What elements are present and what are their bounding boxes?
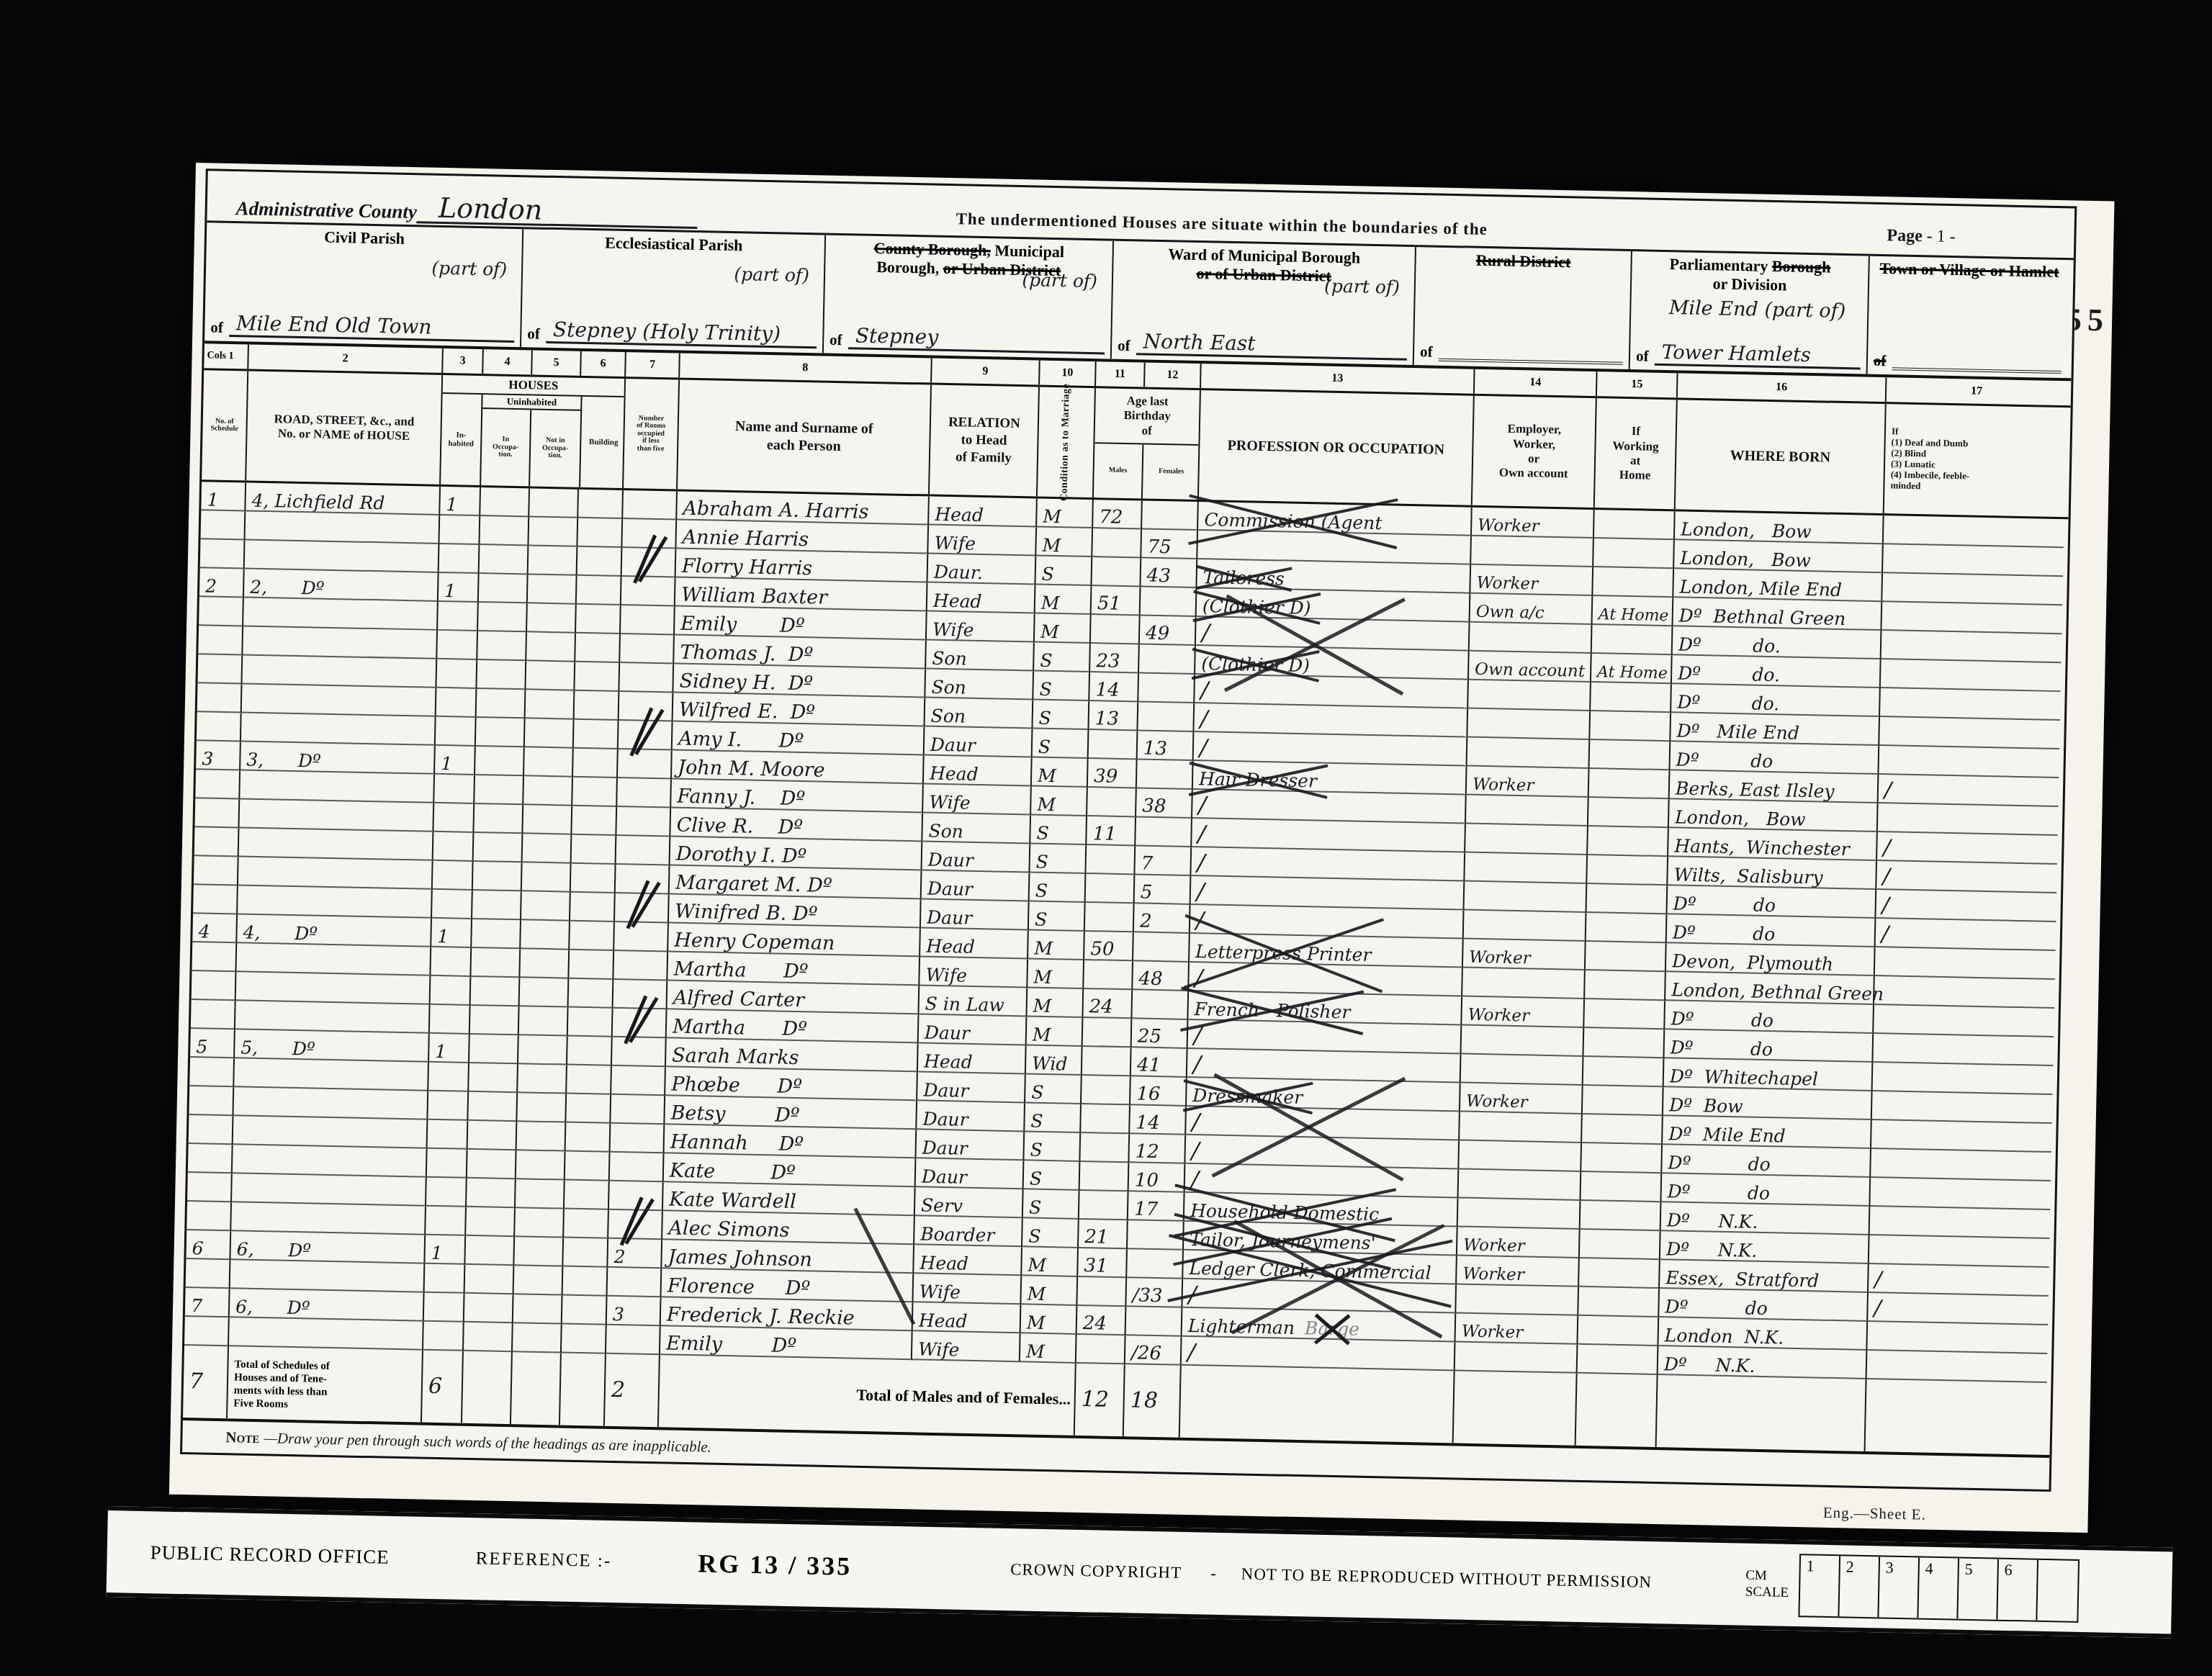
schedule-number bbox=[195, 770, 240, 799]
age-male bbox=[1079, 1191, 1129, 1220]
relation: Daur bbox=[922, 870, 1030, 901]
inhabited: 1 bbox=[439, 573, 480, 603]
borough-annotation: (part of) bbox=[1022, 269, 1097, 292]
rooms bbox=[610, 1153, 665, 1182]
uninhabited-in-occupation bbox=[471, 977, 521, 1006]
of-label: of bbox=[1874, 352, 1887, 370]
schedule-number bbox=[199, 597, 244, 626]
building bbox=[577, 576, 622, 605]
schedule-number bbox=[192, 942, 237, 972]
borough-value: Stepney bbox=[848, 325, 1105, 354]
age-male bbox=[1086, 874, 1136, 904]
in-occupation-header: In Occupa- tion. bbox=[493, 436, 519, 459]
rooms bbox=[614, 922, 669, 952]
age-female bbox=[1136, 817, 1192, 847]
cm-scale-label: CM SCALE bbox=[1745, 1568, 1789, 1602]
census-page: 55 Eng.—Sheet E. Administrative County L… bbox=[169, 163, 2115, 1533]
condition: M bbox=[1035, 614, 1092, 644]
cm-scale-tick: 1 bbox=[1799, 1555, 1840, 1616]
col-number: 9 bbox=[932, 359, 1040, 385]
inhabited bbox=[437, 631, 478, 660]
age-male bbox=[1082, 1076, 1131, 1105]
person-name: Emily Dº bbox=[660, 1326, 913, 1360]
building bbox=[575, 662, 620, 692]
schedule-number bbox=[200, 539, 246, 569]
uninhabited-not-in-occupation bbox=[525, 718, 575, 748]
rooms bbox=[621, 577, 676, 606]
schedule-number bbox=[184, 1317, 230, 1346]
age-male: 13 bbox=[1089, 701, 1138, 731]
condition: M bbox=[1020, 1333, 1077, 1364]
employer bbox=[1471, 536, 1594, 567]
inhabited: 1 bbox=[435, 746, 476, 775]
uninhabited-not-in-occupation bbox=[526, 632, 576, 662]
at-home bbox=[1585, 970, 1666, 1001]
rooms bbox=[611, 1095, 665, 1125]
age-male bbox=[1087, 788, 1137, 817]
employer: Worker bbox=[1457, 1227, 1581, 1258]
condition: S bbox=[1030, 815, 1087, 845]
rooms-header: Number of Rooms occupied if less than fi… bbox=[636, 415, 665, 453]
totals-empty bbox=[1657, 1375, 1867, 1451]
infirmity bbox=[1871, 1120, 2052, 1153]
infirmity bbox=[1879, 717, 2060, 749]
uninhabited-not-in-occupation bbox=[527, 603, 577, 633]
totals-empty bbox=[1866, 1379, 2047, 1455]
employer bbox=[1462, 968, 1586, 999]
uninhabited-not-in-occupation bbox=[521, 920, 570, 950]
at-home bbox=[1583, 1057, 1665, 1087]
employer bbox=[1470, 623, 1593, 654]
infirmity bbox=[1870, 1178, 2051, 1210]
schedule-number bbox=[188, 1144, 233, 1173]
schedule-header: No. of Schedule bbox=[210, 418, 238, 433]
rooms bbox=[613, 1009, 667, 1038]
employer bbox=[1465, 824, 1588, 855]
age-male bbox=[1076, 1335, 1126, 1364]
building bbox=[576, 605, 621, 634]
employer bbox=[1465, 853, 1588, 884]
road-name bbox=[230, 1260, 426, 1292]
schedule-number bbox=[194, 798, 240, 828]
uninhabited-in-occupation bbox=[467, 1150, 517, 1179]
age-female: 7 bbox=[1135, 846, 1192, 876]
age-female: 43 bbox=[1141, 558, 1197, 588]
relation: Wife bbox=[912, 1331, 1021, 1362]
ward-box: Ward of Municipal Borough or of Urban Di… bbox=[1112, 241, 1416, 365]
uninhabited-in-occupation bbox=[473, 862, 523, 891]
rooms bbox=[613, 951, 668, 981]
building bbox=[567, 1065, 612, 1095]
where-born: Hants, Winchester bbox=[1668, 828, 1878, 861]
condition: S bbox=[1024, 1132, 1081, 1162]
relation: Head bbox=[914, 1245, 1022, 1276]
building bbox=[572, 835, 617, 865]
where-born: Dº do bbox=[1665, 1001, 1874, 1034]
profession-header: PROFESSION OR OCCUPATION bbox=[1227, 436, 1444, 459]
person-name: Florence Dº bbox=[661, 1269, 914, 1302]
col-number: 7 bbox=[626, 352, 680, 377]
schedule-number bbox=[194, 827, 240, 857]
road-name bbox=[239, 799, 434, 832]
road-header: ROAD, STREET, &c., and No. or NAME of HO… bbox=[274, 412, 415, 444]
where-born: Dº N.K. bbox=[1658, 1346, 1868, 1379]
age-male bbox=[1080, 1162, 1130, 1191]
age-male: 14 bbox=[1089, 672, 1139, 702]
age-female bbox=[1138, 702, 1195, 732]
at-home bbox=[1578, 1345, 1659, 1375]
uninhabited-not-in-occupation bbox=[518, 1035, 568, 1065]
rooms bbox=[623, 490, 678, 520]
rooms bbox=[612, 1037, 667, 1067]
condition: M bbox=[1021, 1305, 1078, 1335]
cm-scale-tick: 4 bbox=[1918, 1558, 1959, 1619]
relation: Son bbox=[926, 641, 1035, 672]
at-home bbox=[1578, 1316, 1659, 1346]
age-female: 5 bbox=[1135, 875, 1192, 905]
infirmity: / bbox=[1869, 1264, 2049, 1297]
page-number-value: - 1 - bbox=[1926, 227, 1955, 246]
person-name: Florry Harris bbox=[676, 549, 929, 583]
person-name: Alfred Carter bbox=[667, 981, 920, 1014]
relation: Daur bbox=[917, 1101, 1025, 1132]
age-male: 21 bbox=[1079, 1220, 1128, 1249]
schedule-number bbox=[186, 1202, 232, 1231]
where-born: Dº do. bbox=[1673, 626, 1882, 659]
parliamentary-value1: Mile End (part of) bbox=[1669, 297, 1846, 323]
infirmity bbox=[1873, 1034, 2054, 1066]
employer bbox=[1468, 680, 1591, 711]
schedule-number bbox=[194, 856, 239, 886]
at-home: At Home bbox=[1593, 596, 1674, 626]
building bbox=[567, 1037, 613, 1066]
totals-rooms: 2 bbox=[605, 1354, 660, 1427]
infirmity: / bbox=[1876, 861, 2057, 893]
where-born: Devon, Plymouth bbox=[1666, 943, 1876, 976]
inhabited bbox=[428, 1091, 469, 1121]
employer: Worker bbox=[1472, 508, 1595, 539]
person-name: Alec Simons bbox=[662, 1211, 915, 1245]
person-name: Clive R. Dº bbox=[670, 808, 923, 842]
age-female bbox=[1139, 644, 1196, 675]
uninhabited-not-in-occupation bbox=[523, 834, 572, 863]
inhabited bbox=[434, 775, 475, 804]
age-female: 25 bbox=[1132, 1019, 1189, 1049]
col-number: 12 bbox=[1145, 363, 1202, 389]
at-home bbox=[1583, 1086, 1664, 1116]
employer: Worker bbox=[1455, 1313, 1578, 1344]
where-born: Dº do bbox=[1670, 742, 1879, 775]
person-name: Martha Dº bbox=[667, 1009, 920, 1043]
at-home bbox=[1579, 1258, 1660, 1289]
schedule-number: 1 bbox=[201, 482, 246, 511]
age-male bbox=[1092, 528, 1142, 558]
employer bbox=[1461, 1055, 1584, 1086]
employer bbox=[1456, 1284, 1579, 1315]
road-name bbox=[233, 1116, 428, 1148]
infirmity: / bbox=[1876, 890, 2056, 922]
at-home bbox=[1588, 826, 1669, 857]
uninhabited-in-occupation bbox=[475, 747, 525, 776]
at-home bbox=[1586, 942, 1667, 972]
uninhabited-not-in-occupation bbox=[513, 1323, 562, 1353]
age-female: 12 bbox=[1129, 1134, 1186, 1164]
totals-schedule: 7 bbox=[183, 1346, 229, 1418]
building-header: Building bbox=[589, 438, 619, 447]
person-name: Sidney H. Dº bbox=[673, 664, 926, 698]
building bbox=[573, 749, 619, 778]
relation: Son bbox=[925, 669, 1034, 700]
person-name: Hannah Dº bbox=[665, 1125, 917, 1158]
where-born: London, Bow bbox=[1669, 799, 1879, 832]
employer bbox=[1464, 911, 1587, 942]
uninhabited-not-in-occupation bbox=[520, 949, 570, 978]
rooms bbox=[619, 721, 673, 750]
rooms bbox=[616, 836, 671, 865]
building bbox=[571, 864, 616, 893]
employer: Worker bbox=[1462, 997, 1585, 1028]
age-male bbox=[1077, 1277, 1127, 1307]
schedule-number bbox=[189, 1115, 234, 1145]
age-male: 31 bbox=[1078, 1248, 1128, 1278]
age-female: 49 bbox=[1140, 616, 1197, 646]
totals-inhabited: 6 bbox=[422, 1351, 464, 1423]
relation: Daur bbox=[925, 726, 1033, 757]
inhabited: 1 bbox=[429, 1034, 470, 1063]
where-born: Dº Bethnal Green bbox=[1673, 598, 1882, 631]
inhabited bbox=[433, 803, 475, 833]
where-born: Dº N.K. bbox=[1660, 1231, 1870, 1264]
uninhabited-not-in-occupation bbox=[524, 747, 574, 777]
schedule-number bbox=[201, 510, 246, 540]
infirmity bbox=[1880, 688, 2061, 721]
age-female: /26 bbox=[1125, 1335, 1182, 1366]
parliamentary-label: Parliamentary bbox=[1669, 255, 1768, 275]
cm-scale-tick: 5 bbox=[1958, 1559, 1999, 1620]
uninhabited-not-in-occupation bbox=[517, 1122, 567, 1151]
of-label: of bbox=[527, 325, 540, 343]
where-born: Dº do bbox=[1667, 914, 1876, 947]
borough-struck-label: County Borough, bbox=[873, 239, 991, 259]
borough-label2: Borough, bbox=[876, 258, 939, 277]
employer bbox=[1467, 738, 1591, 769]
building bbox=[577, 547, 623, 577]
infirmity bbox=[1867, 1351, 2048, 1383]
road-name bbox=[233, 1145, 428, 1177]
totals-empty bbox=[1454, 1371, 1578, 1445]
col-number: 6 bbox=[581, 351, 626, 377]
road-name bbox=[238, 886, 433, 918]
infirmity bbox=[1870, 1207, 2051, 1239]
ecclesiastical-parish-title: Ecclesiastical Parish bbox=[529, 232, 819, 256]
where-born: Essex, Stratford bbox=[1660, 1260, 1869, 1293]
person-name: Kate Dº bbox=[664, 1153, 917, 1187]
age-male: 72 bbox=[1093, 500, 1143, 529]
infirmity bbox=[1879, 746, 2059, 778]
borough-label: Municipal bbox=[994, 241, 1064, 261]
road-name bbox=[231, 1202, 426, 1235]
where-born-header: WHERE BORN bbox=[1730, 446, 1830, 467]
relation: Son bbox=[922, 813, 1031, 844]
uninhabited-in-occupation bbox=[480, 516, 529, 546]
admin-county-value: London bbox=[417, 195, 698, 229]
infirmity bbox=[1884, 515, 2064, 548]
where-born: London, Bethnal Green bbox=[1665, 972, 1875, 1005]
uninhabited-in-occupation bbox=[478, 603, 528, 632]
uninhabited-not-in-occupation bbox=[518, 1064, 567, 1094]
infirmity: / bbox=[1879, 775, 2059, 807]
schedule-number: 3 bbox=[196, 741, 241, 770]
inhabited bbox=[438, 602, 479, 631]
employer: Worker bbox=[1470, 565, 1593, 596]
totals-empty bbox=[511, 1352, 562, 1425]
totals-males: 12 bbox=[1075, 1364, 1125, 1436]
inhabited bbox=[439, 544, 480, 574]
road-name: 6, Dº bbox=[230, 1231, 426, 1263]
females-header: Females bbox=[1159, 468, 1184, 476]
condition: S bbox=[1024, 1161, 1081, 1191]
schedule-number bbox=[187, 1173, 233, 1202]
age-male: 51 bbox=[1092, 586, 1141, 616]
census-form: Administrative County London The underme… bbox=[180, 168, 2077, 1492]
uninhabited-in-occupation bbox=[468, 1092, 518, 1122]
where-born: Dº Whitechapel bbox=[1664, 1058, 1874, 1091]
road-name: 4, Lichfield Rd bbox=[246, 482, 441, 515]
working-at-home-header: If Working at Home bbox=[1611, 424, 1659, 484]
condition: M bbox=[1021, 1276, 1078, 1306]
uninhabited-in-occupation bbox=[471, 948, 521, 978]
building bbox=[578, 490, 624, 519]
col-number: 17 bbox=[1887, 377, 2067, 405]
town-village-box: Town or Village or Hamlet of bbox=[1868, 256, 2069, 379]
crown-copyright-label: CROWN COPYRIGHT bbox=[1010, 1560, 1182, 1582]
where-born: Wilts, Salisbury bbox=[1668, 857, 1877, 890]
inhabited bbox=[436, 659, 477, 689]
inhabited bbox=[439, 515, 480, 545]
uninhabited-in-occupation bbox=[465, 1265, 515, 1294]
condition: M bbox=[1032, 757, 1089, 788]
rooms bbox=[615, 893, 670, 923]
age-female: 16 bbox=[1130, 1076, 1187, 1107]
ecclesiastical-parish-box: Ecclesiastical Parish (part of) of Stepn… bbox=[521, 229, 826, 353]
employer bbox=[1458, 1198, 1581, 1229]
age-female: 17 bbox=[1128, 1191, 1185, 1222]
schedule-number: 4 bbox=[192, 914, 238, 943]
at-home bbox=[1581, 1172, 1662, 1202]
age-male bbox=[1089, 730, 1138, 760]
road-name bbox=[238, 857, 433, 889]
relation: Wife bbox=[928, 526, 1037, 557]
infirmity: / bbox=[1877, 832, 2058, 865]
person-name: William Baxter bbox=[675, 577, 928, 611]
cm-scale-tick: 2 bbox=[1839, 1556, 1880, 1617]
road-name: 4, Dº bbox=[237, 914, 432, 947]
rooms bbox=[606, 1325, 661, 1355]
rooms bbox=[619, 663, 674, 693]
condition: S bbox=[1034, 643, 1091, 673]
at-home bbox=[1591, 682, 1672, 713]
uninhabited-not-in-occupation bbox=[515, 1208, 565, 1238]
inhabited bbox=[425, 1264, 466, 1294]
parliamentary-box: Parliamentary Borough or Division Mile E… bbox=[1630, 251, 1870, 374]
road-name bbox=[240, 770, 435, 803]
age-male bbox=[1091, 615, 1141, 644]
schedule-number bbox=[197, 683, 243, 713]
employer bbox=[1455, 1342, 1578, 1373]
age-male: 50 bbox=[1084, 932, 1134, 961]
totals-females: 18 bbox=[1124, 1364, 1182, 1438]
rural-district-value bbox=[1438, 350, 1623, 365]
borough-box: County Borough, Municipal Borough, or Ur… bbox=[824, 235, 1114, 359]
age-male: 23 bbox=[1090, 644, 1140, 673]
condition: S bbox=[1030, 844, 1087, 874]
totals-empty bbox=[560, 1353, 606, 1426]
person-name: Phœbe Dº bbox=[665, 1067, 918, 1101]
uninhabited-in-occupation bbox=[480, 487, 530, 517]
at-home bbox=[1584, 999, 1665, 1030]
relation: Wife bbox=[913, 1274, 1022, 1305]
parliamentary-struck-label: Borough bbox=[1772, 257, 1831, 276]
uninhabited-not-in-occupation bbox=[529, 546, 578, 575]
schedule-number: 2 bbox=[199, 568, 245, 598]
person-name: Fanny J. Dº bbox=[671, 779, 924, 813]
uninhabited-in-occupation bbox=[465, 1236, 515, 1266]
uninhabited-not-in-occupation bbox=[520, 978, 570, 1007]
of-label: of bbox=[210, 318, 223, 336]
infirmity bbox=[1871, 1149, 2051, 1181]
schedule-number bbox=[189, 1058, 235, 1087]
of-label: of bbox=[1420, 343, 1433, 361]
col-number: 11 bbox=[1096, 361, 1146, 387]
inhabited bbox=[431, 976, 472, 1006]
town-village-value bbox=[1892, 359, 2062, 374]
uninhabited-not-in-occupation bbox=[514, 1237, 564, 1266]
rural-district-struck-label: Rural District bbox=[1476, 251, 1571, 271]
at-home bbox=[1583, 1028, 1665, 1058]
uninhabited-in-occupation bbox=[475, 775, 524, 805]
rooms bbox=[617, 778, 672, 808]
cm-scale-ruler: 123456 bbox=[1798, 1554, 2080, 1623]
employer: Worker bbox=[1467, 767, 1590, 798]
ecclesiastical-parish-value: Stepney (Holy Trinity) bbox=[546, 320, 817, 349]
schedule-number bbox=[198, 626, 243, 655]
uninhabited-not-in-occupation bbox=[529, 517, 578, 546]
age-female: 10 bbox=[1129, 1163, 1186, 1193]
infirmity bbox=[1872, 1091, 2053, 1124]
person-name: Annie Harris bbox=[676, 521, 929, 554]
col-number: 10 bbox=[1040, 361, 1097, 387]
schedule-number bbox=[197, 654, 243, 684]
schedule-number bbox=[186, 1259, 231, 1289]
uninhabited-not-in-occupation bbox=[522, 862, 572, 892]
infirmity bbox=[1867, 1322, 2048, 1354]
where-born: Dº do. bbox=[1671, 684, 1881, 717]
inhabited: 1 bbox=[431, 919, 472, 948]
houses-group-header: HOUSES In- habited Uninhabited In Occupa… bbox=[441, 375, 626, 488]
uninhabited-not-in-occupation bbox=[516, 1150, 566, 1180]
sheet-note: Eng.—Sheet E. bbox=[1823, 1504, 1927, 1524]
where-born: London, Mile End bbox=[1673, 569, 1883, 602]
admin-county-label: Administrative County bbox=[235, 197, 417, 223]
building bbox=[572, 778, 618, 807]
condition: S bbox=[1025, 1074, 1082, 1104]
uninhabited-not-in-occupation bbox=[528, 575, 577, 604]
person-name: Amy I. Dº bbox=[673, 721, 925, 755]
infirmity bbox=[1874, 1005, 2054, 1037]
relation: Daur bbox=[919, 1014, 1028, 1045]
at-home bbox=[1593, 567, 1674, 598]
infirmity bbox=[1881, 602, 2062, 634]
